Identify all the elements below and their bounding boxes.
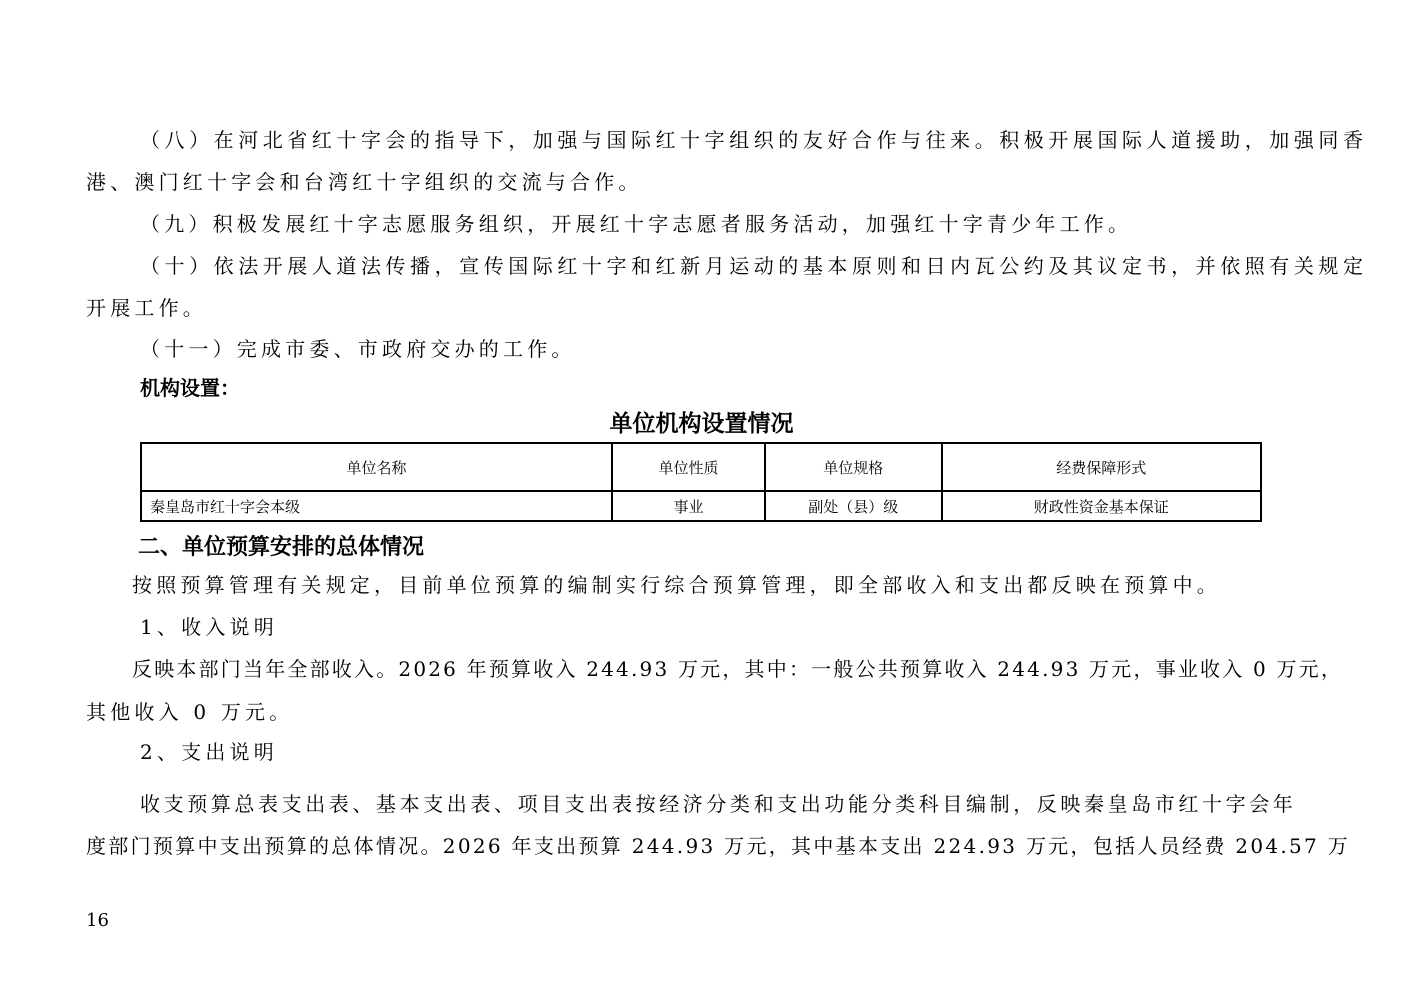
income-line-2: 其他收入 0 万元。 [86, 700, 293, 724]
column-header-unit-level: 单位规格 [765, 443, 942, 491]
duty-item-9: （九）积极发展红十字志愿服务组织，开展红十字志愿者服务活动，加强红十字青少年工作… [140, 212, 1132, 236]
budget-intro: 按照预算管理有关规定，目前单位预算的编制实行综合预算管理，即全部收入和支出都反映… [132, 573, 1221, 597]
income-title: 1、收入说明 [140, 615, 278, 639]
duty-item-10-line-1: （十）依法开展人道法传播，宣传国际红十字和红新月运动的基本原则和日内瓦公约及其议… [140, 254, 1368, 278]
expense-line-1: 收支预算总表支出表、基本支出表、项目支出表按经济分类和支出功能分类科目编制，反映… [140, 792, 1296, 816]
cell-unit-name: 秦皇岛市红十字会本级 [141, 491, 612, 521]
budget-overview-heading: 二、单位预算安排的总体情况 [138, 530, 424, 561]
org-table-title: 单位机构设置情况 [0, 405, 1403, 438]
org-setup-heading: 机构设置： [140, 372, 240, 401]
column-header-unit-name: 单位名称 [141, 443, 612, 491]
page-number: 16 [86, 910, 109, 931]
cell-funding-form: 财政性资金基本保证 [942, 491, 1261, 521]
org-setup-table: 单位名称 单位性质 单位规格 经费保障形式 秦皇岛市红十字会本级 事业 副处（县… [140, 442, 1262, 522]
expense-line-2: 度部门预算中支出预算的总体情况。2026 年支出预算 244.93 万元，其中基… [86, 834, 1350, 858]
cell-unit-level: 副处（县）级 [765, 491, 942, 521]
table-row: 秦皇岛市红十字会本级 事业 副处（县）级 财政性资金基本保证 [141, 491, 1261, 521]
duty-item-8-line-1: （八）在河北省红十字会的指导下，加强与国际红十字组织的友好合作与往来。积极开展国… [140, 128, 1368, 152]
cell-unit-nature: 事业 [612, 491, 765, 521]
column-header-unit-nature: 单位性质 [612, 443, 765, 491]
table-header-row: 单位名称 单位性质 单位规格 经费保障形式 [141, 443, 1261, 491]
income-line-1: 反映本部门当年全部收入。2026 年预算收入 244.93 万元，其中：一般公共… [132, 657, 1343, 681]
expense-title: 2、支出说明 [140, 740, 278, 764]
duty-item-8-line-2: 港、澳门红十字会和台湾红十字组织的交流与合作。 [86, 170, 643, 194]
duty-item-10-line-2: 开展工作。 [86, 296, 207, 320]
duty-item-11: （十一）完成市委、市政府交办的工作。 [140, 337, 576, 361]
column-header-funding-form: 经费保障形式 [942, 443, 1261, 491]
